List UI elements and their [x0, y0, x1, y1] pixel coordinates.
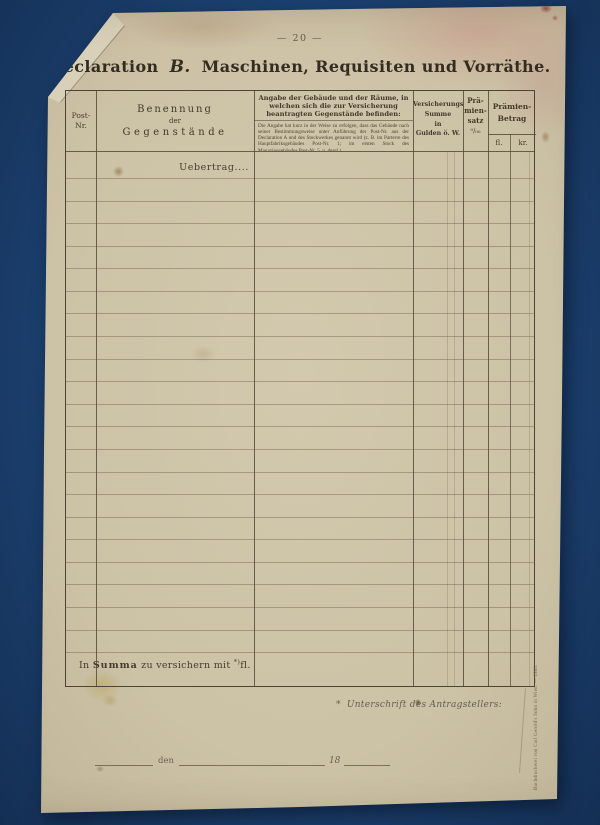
- page-number: — 20 —: [0, 33, 600, 44]
- column-header-angabe: Angabe der Gebäude und der Räume, in wel…: [254, 91, 413, 151]
- summe-line: in: [413, 120, 463, 130]
- table-row: [66, 405, 534, 428]
- signature-footnote-mark: *: [336, 700, 341, 710]
- benennung-line: Gegenstände: [96, 127, 254, 138]
- table-blank-rows: [66, 179, 534, 653]
- column-header-post-nr: Post- Nr.: [66, 91, 96, 151]
- summa-mid: zu versichern mit: [141, 660, 230, 671]
- table-row: [66, 314, 534, 337]
- table-row: [66, 563, 534, 586]
- betrag-subheader: fl. kr.: [488, 134, 536, 151]
- summa-pre: In: [79, 660, 89, 671]
- post-nr-line: Nr.: [66, 121, 96, 131]
- angabe-footnote: Die Angabe hat kurz in der Weise zu erfo…: [254, 121, 413, 151]
- form-title-subject: Maschinen, Requisiten und Vorräthe.: [202, 57, 551, 76]
- signature-label: Unterschrift des Antragstellers:: [347, 700, 502, 710]
- table-row: [66, 224, 534, 247]
- summa-row: In Summa zu versichern mit *)fl.: [66, 653, 534, 688]
- table-row: [66, 495, 534, 518]
- satz-line: mien-: [463, 106, 488, 116]
- column-header-versicherungssumme: Versicherungs- Summe in Gulden ö. W.: [413, 91, 463, 151]
- post-nr-line: Post-: [66, 111, 96, 121]
- date-blank-day: [179, 764, 325, 766]
- table-row: [66, 269, 534, 292]
- summa-label: In Summa zu versichern mit *)fl.: [79, 658, 251, 671]
- summe-line: Gulden ö. W.: [413, 129, 463, 139]
- date-blank-place: [95, 764, 153, 766]
- date-century: 18: [329, 756, 340, 766]
- betrag-line: Betrag: [488, 113, 536, 125]
- table-row: [66, 247, 534, 270]
- form-title-letter: B.: [170, 57, 191, 77]
- table-row: [66, 202, 534, 225]
- betrag-line: Prämien-: [488, 101, 536, 113]
- summa-unit: fl.: [240, 660, 250, 671]
- summe-line: Versicherungs-: [413, 100, 463, 110]
- satz-line: Prä-: [463, 96, 488, 106]
- date-blank-year: [344, 764, 390, 766]
- angabe-heading: Angabe der Gebäude und der Räume, in wel…: [254, 91, 413, 121]
- uebertrag-row: Uebertrag....: [66, 151, 534, 179]
- table-row: [66, 450, 534, 473]
- betrag-title: Prämien- Betrag: [488, 91, 536, 134]
- table-row: [66, 473, 534, 496]
- summe-line: Summe: [413, 110, 463, 120]
- benennung-line: Benennung: [96, 104, 254, 115]
- per-mille-unit: ⁰/₀₀: [463, 127, 488, 136]
- benennung-line: der: [96, 117, 254, 125]
- table-row: [66, 608, 534, 631]
- satz-line: satz: [463, 116, 488, 126]
- table-row: [66, 360, 534, 383]
- form-title: Declaration B. Maschinen, Requisiten und…: [0, 57, 600, 77]
- date-line: den 18: [95, 750, 390, 766]
- column-header-praemienbetrag: Prämien- Betrag fl. kr.: [488, 91, 536, 151]
- declaration-table: Post- Nr. Benennung der Gegenstände Anga…: [65, 90, 535, 687]
- printer-imprint: Buchdruckerei von Carl Gerold's Sohn in …: [534, 614, 539, 790]
- subcolumn-kr: kr.: [510, 134, 536, 151]
- column-header-praemiensatz: Prä- mien- satz ⁰/₀₀: [463, 91, 488, 151]
- summa-bold: Summa: [93, 660, 138, 671]
- table-row: [66, 631, 534, 654]
- uebertrag-label: Uebertrag....: [96, 162, 249, 173]
- table-row: [66, 427, 534, 450]
- table-row: [66, 382, 534, 405]
- table-row: [66, 337, 534, 360]
- paper-sheet: — 20 — Declaration B. Maschinen, Requisi…: [0, 0, 600, 825]
- printed-form: — 20 — Declaration B. Maschinen, Requisi…: [0, 0, 600, 825]
- table-row: [66, 540, 534, 563]
- table-row: [66, 518, 534, 541]
- table-row: [66, 585, 534, 608]
- column-header-benennung: Benennung der Gegenstände: [96, 91, 254, 151]
- date-word-den: den: [158, 756, 174, 766]
- form-title-word: Declaration: [49, 57, 158, 76]
- table-row: [66, 292, 534, 315]
- table-row: [66, 179, 534, 202]
- photo-background: — 20 — Declaration B. Maschinen, Requisi…: [0, 0, 600, 825]
- subcolumn-fl: fl.: [488, 134, 510, 151]
- signature-caption: *Unterschrift des Antragstellers:: [336, 700, 502, 710]
